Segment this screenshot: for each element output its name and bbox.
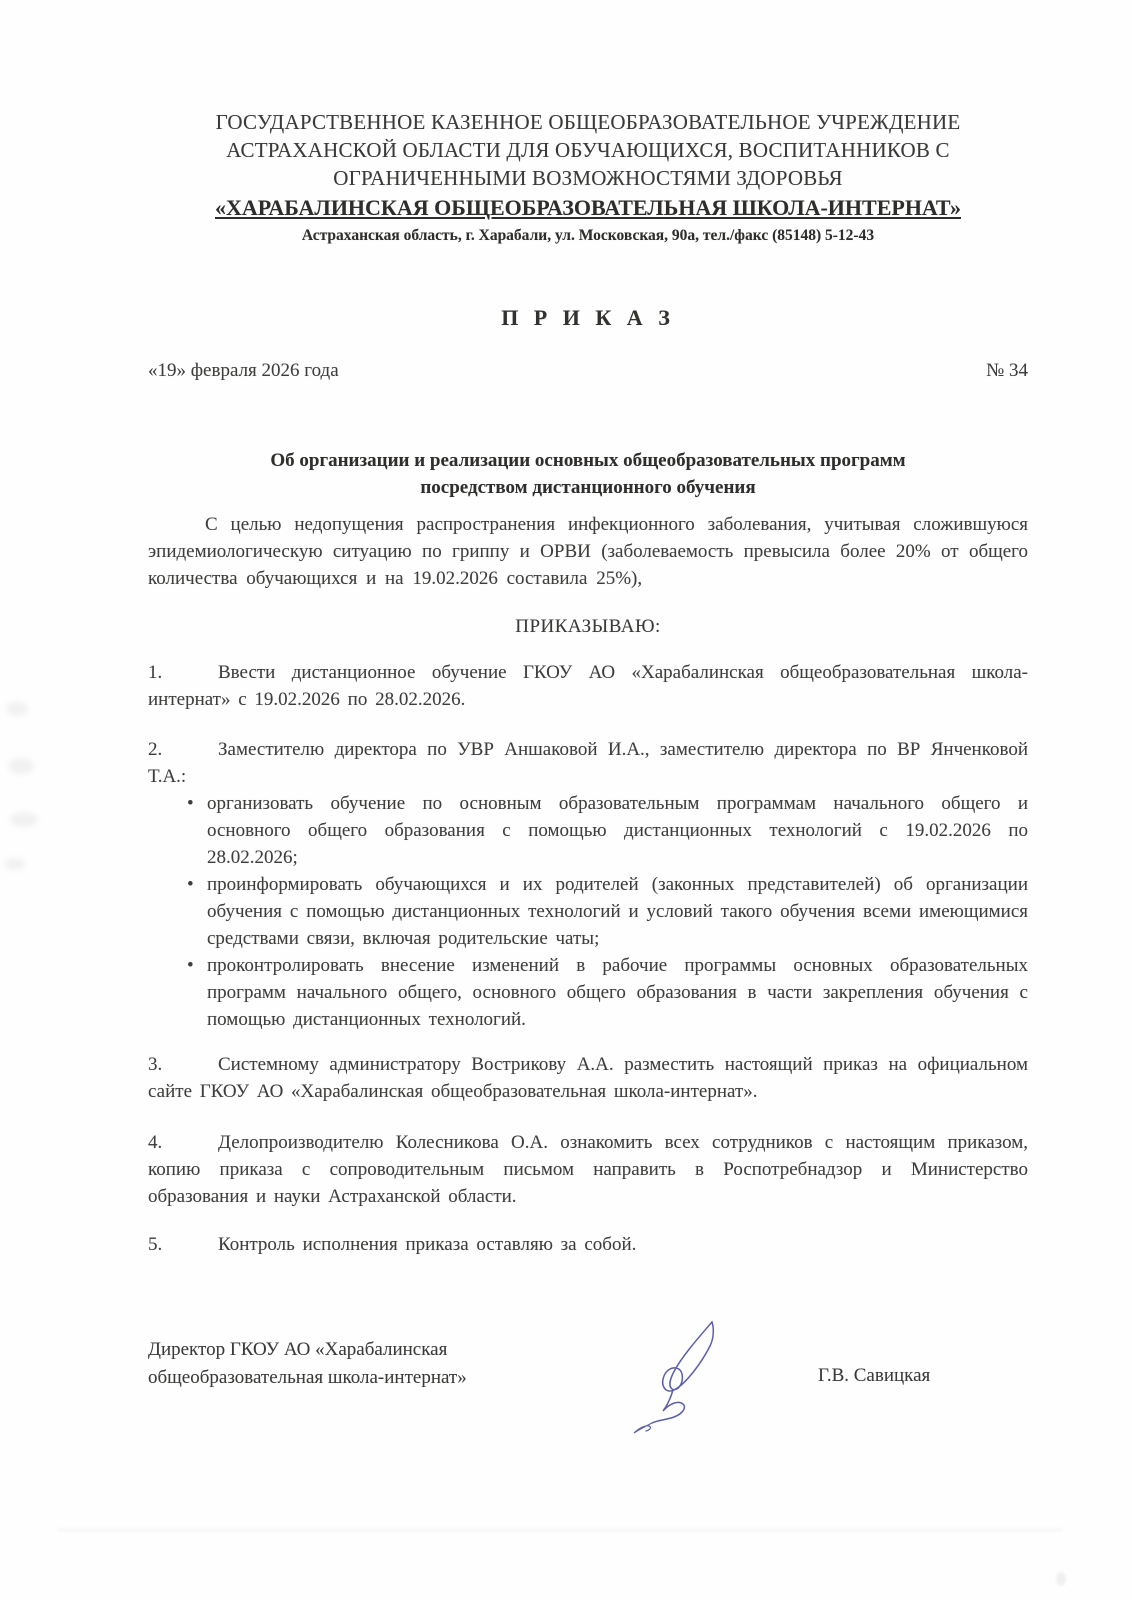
- subject-heading: Об организации и реализации основных общ…: [148, 447, 1028, 501]
- bullet-text: организовать обучение по основным образо…: [207, 793, 1028, 868]
- order-item-5: 5.Контроль исполнения приказа оставляю з…: [148, 1231, 1028, 1258]
- bullet-text: проинформировать обучающихся и их родите…: [207, 874, 1028, 949]
- letterhead: ГОСУДАРСТВЕННОЕ КАЗЕННОЕ ОБЩЕОБРАЗОВАТЕЛ…: [148, 108, 1028, 246]
- subject-line-1: Об организации и реализации основных общ…: [148, 447, 1028, 474]
- document-number: № 34: [986, 358, 1028, 384]
- handwritten-signature: [616, 1310, 726, 1440]
- item-text: Делопроизводителю Колесникова О.А. ознак…: [148, 1132, 1028, 1207]
- bullet-text: проконтролировать внесение изменений в р…: [207, 955, 1028, 1030]
- org-line-1: ГОСУДАРСТВЕННОЕ КАЗЕННОЕ ОБЩЕОБРАЗОВАТЕЛ…: [148, 108, 1028, 136]
- signature-block: Директор ГКОУ АО «Харабалинская общеобра…: [148, 1336, 1028, 1476]
- bullet-item: организовать обучение по основным образо…: [148, 790, 1028, 871]
- document-date: «19» февраля 2026 года: [148, 358, 339, 384]
- preamble-paragraph: С целью недопущения распространения инфе…: [148, 511, 1028, 592]
- org-address: Астраханская область, г. Харабали, ул. М…: [148, 226, 1028, 246]
- scan-smudge-dot: [1056, 1572, 1066, 1586]
- org-name: «ХАРАБАЛИНСКАЯ ОБЩЕОБРАЗОВАТЕЛЬНАЯ ШКОЛА…: [148, 195, 1028, 221]
- document-page: ГОСУДАРСТВЕННОЕ КАЗЕННОЕ ОБЩЕОБРАЗОВАТЕЛ…: [0, 0, 1132, 1600]
- item-number: 3.: [148, 1051, 218, 1078]
- item-number: 4.: [148, 1129, 218, 1156]
- item-2-bullet-list: организовать обучение по основным образо…: [148, 790, 1028, 1033]
- date-row: «19» февраля 2026 года № 34: [148, 358, 1028, 384]
- document-title: П Р И К А З: [148, 305, 1028, 331]
- bullet-item: проконтролировать внесение изменений в р…: [148, 952, 1028, 1033]
- order-item-1: 1.Ввести дистанционное обучение ГКОУ АО …: [148, 659, 1028, 713]
- signatory-name: Г.В. Савицкая: [818, 1362, 930, 1390]
- bullet-item: проинформировать обучающихся и их родите…: [148, 871, 1028, 952]
- item-text: Ввести дистанционное обучение ГКОУ АО «Х…: [148, 662, 1028, 710]
- subject-line-2: посредством дистанционного обучения: [148, 474, 1028, 501]
- item-number: 5.: [148, 1231, 218, 1258]
- order-item-4: 4.Делопроизводителю Колесникова О.А. озн…: [148, 1129, 1028, 1210]
- order-item-2: 2.Заместителю директора по УВР Аншаковой…: [148, 736, 1028, 790]
- signatory-position-line-1: Директор ГКОУ АО «Харабалинская: [148, 1336, 1028, 1364]
- org-line-3: ОГРАНИЧЕННЫМИ ВОЗМОЖНОСТЯМИ ЗДОРОВЬЯ: [148, 164, 1028, 192]
- item-text: Системному администратору Вострикову А.А…: [148, 1054, 1028, 1102]
- item-number: 1.: [148, 659, 218, 686]
- org-line-2: АСТРАХАНСКОЙ ОБЛАСТИ ДЛЯ ОБУЧАЮЩИХСЯ, ВО…: [148, 136, 1028, 164]
- order-item-3: 3.Системному администратору Вострикову А…: [148, 1051, 1028, 1105]
- order-word: ПРИКАЗЫВАЮ:: [148, 613, 1028, 640]
- item-text: Заместителю директора по УВР Аншаковой И…: [148, 739, 1028, 787]
- item-text: Контроль исполнения приказа оставляю за …: [218, 1234, 636, 1255]
- item-number: 2.: [148, 736, 218, 763]
